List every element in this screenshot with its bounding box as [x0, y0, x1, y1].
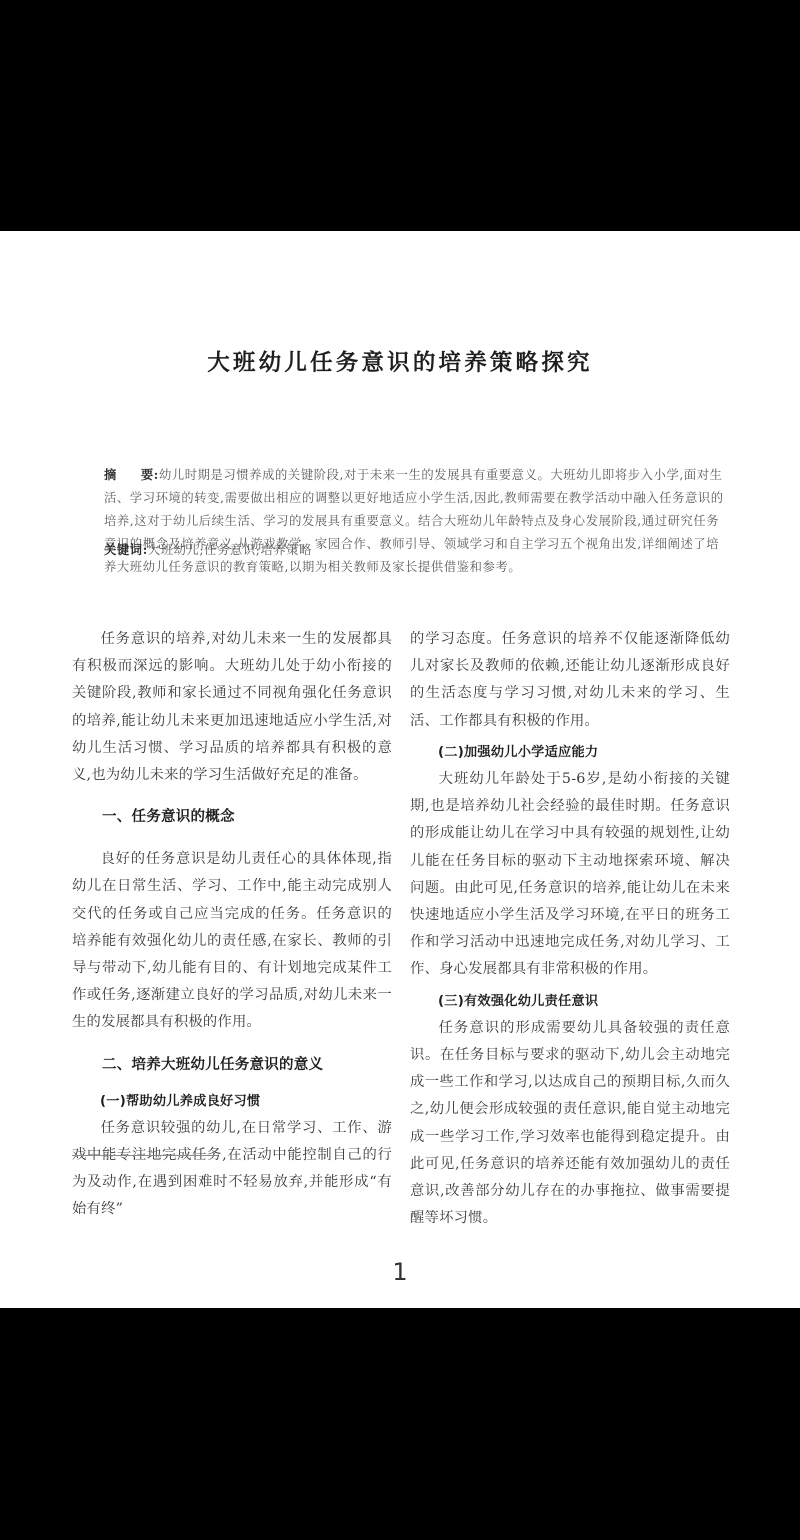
keywords-text: 大班幼儿;任务意识;培养策略: [148, 543, 312, 557]
document-page[interactable]: 大班幼儿任务意识的培养策略探究 摘要:幼儿时期是习惯养成的关键阶段,对于未来一生…: [0, 231, 800, 1308]
paper-title: 大班幼儿任务意识的培养策略探究: [0, 345, 800, 377]
intro-paragraph: 任务意识的培养,对幼儿未来一生的发展都具有积极而深远的影响。大班幼儿处于幼小衔接…: [72, 626, 392, 789]
viewer-top-bar: [0, 0, 800, 231]
viewer-bottom-bar: [0, 1308, 800, 1540]
section-1-heading: 一、任务意识的概念: [72, 804, 392, 831]
page-number: 1: [0, 1258, 800, 1286]
abstract-label-2: 要:: [141, 467, 159, 482]
abstract-label-1: 摘: [104, 467, 117, 482]
subsection-3-heading: (三)有效强化幼儿责任意识: [410, 988, 730, 1015]
left-column: 任务意识的培养,对幼儿未来一生的发展都具有积极而深远的影响。大班幼儿处于幼小衔接…: [72, 626, 392, 1224]
right-column: 的学习态度。任务意识的培养不仅能逐渐降低幼儿对家长及教师的依赖,还能让幼儿逐渐形…: [410, 626, 730, 1232]
subsection-2-paragraph: 大班幼儿年龄处于5-6岁,是幼小衔接的关键期,也是培养幼儿社会经验的最佳时期。任…: [410, 766, 730, 984]
keywords-label: 关键词:: [104, 542, 148, 557]
subsection-3-paragraph: 任务意识的形成需要幼儿具备较强的责任意识。在任务目标与要求的驱动下,幼儿会主动地…: [410, 1015, 730, 1233]
subsection-2-heading: (二)加强幼儿小学适应能力: [410, 739, 730, 766]
keywords: 关键词:大班幼儿;任务意识;培养策略: [104, 538, 312, 562]
subsection-1-paragraph: 任务意识较强的幼儿,在日常学习、工作、游戏中能专注地完成任务,在活动中能控制自己…: [72, 1115, 392, 1224]
section-2-heading: 二、培养大班幼儿任务意识的意义: [72, 1052, 392, 1079]
subsection-1-continued: 的学习态度。任务意识的培养不仅能逐渐降低幼儿对家长及教师的依赖,还能让幼儿逐渐形…: [410, 626, 730, 735]
footnote-divider: [72, 1155, 218, 1156]
section-1-paragraph: 良好的任务意识是幼儿责任心的具体体现,指幼儿在日常生活、学习、工作中,能主动完成…: [72, 846, 392, 1036]
subsection-1-heading: (一)帮助幼儿养成良好习惯: [72, 1088, 392, 1115]
